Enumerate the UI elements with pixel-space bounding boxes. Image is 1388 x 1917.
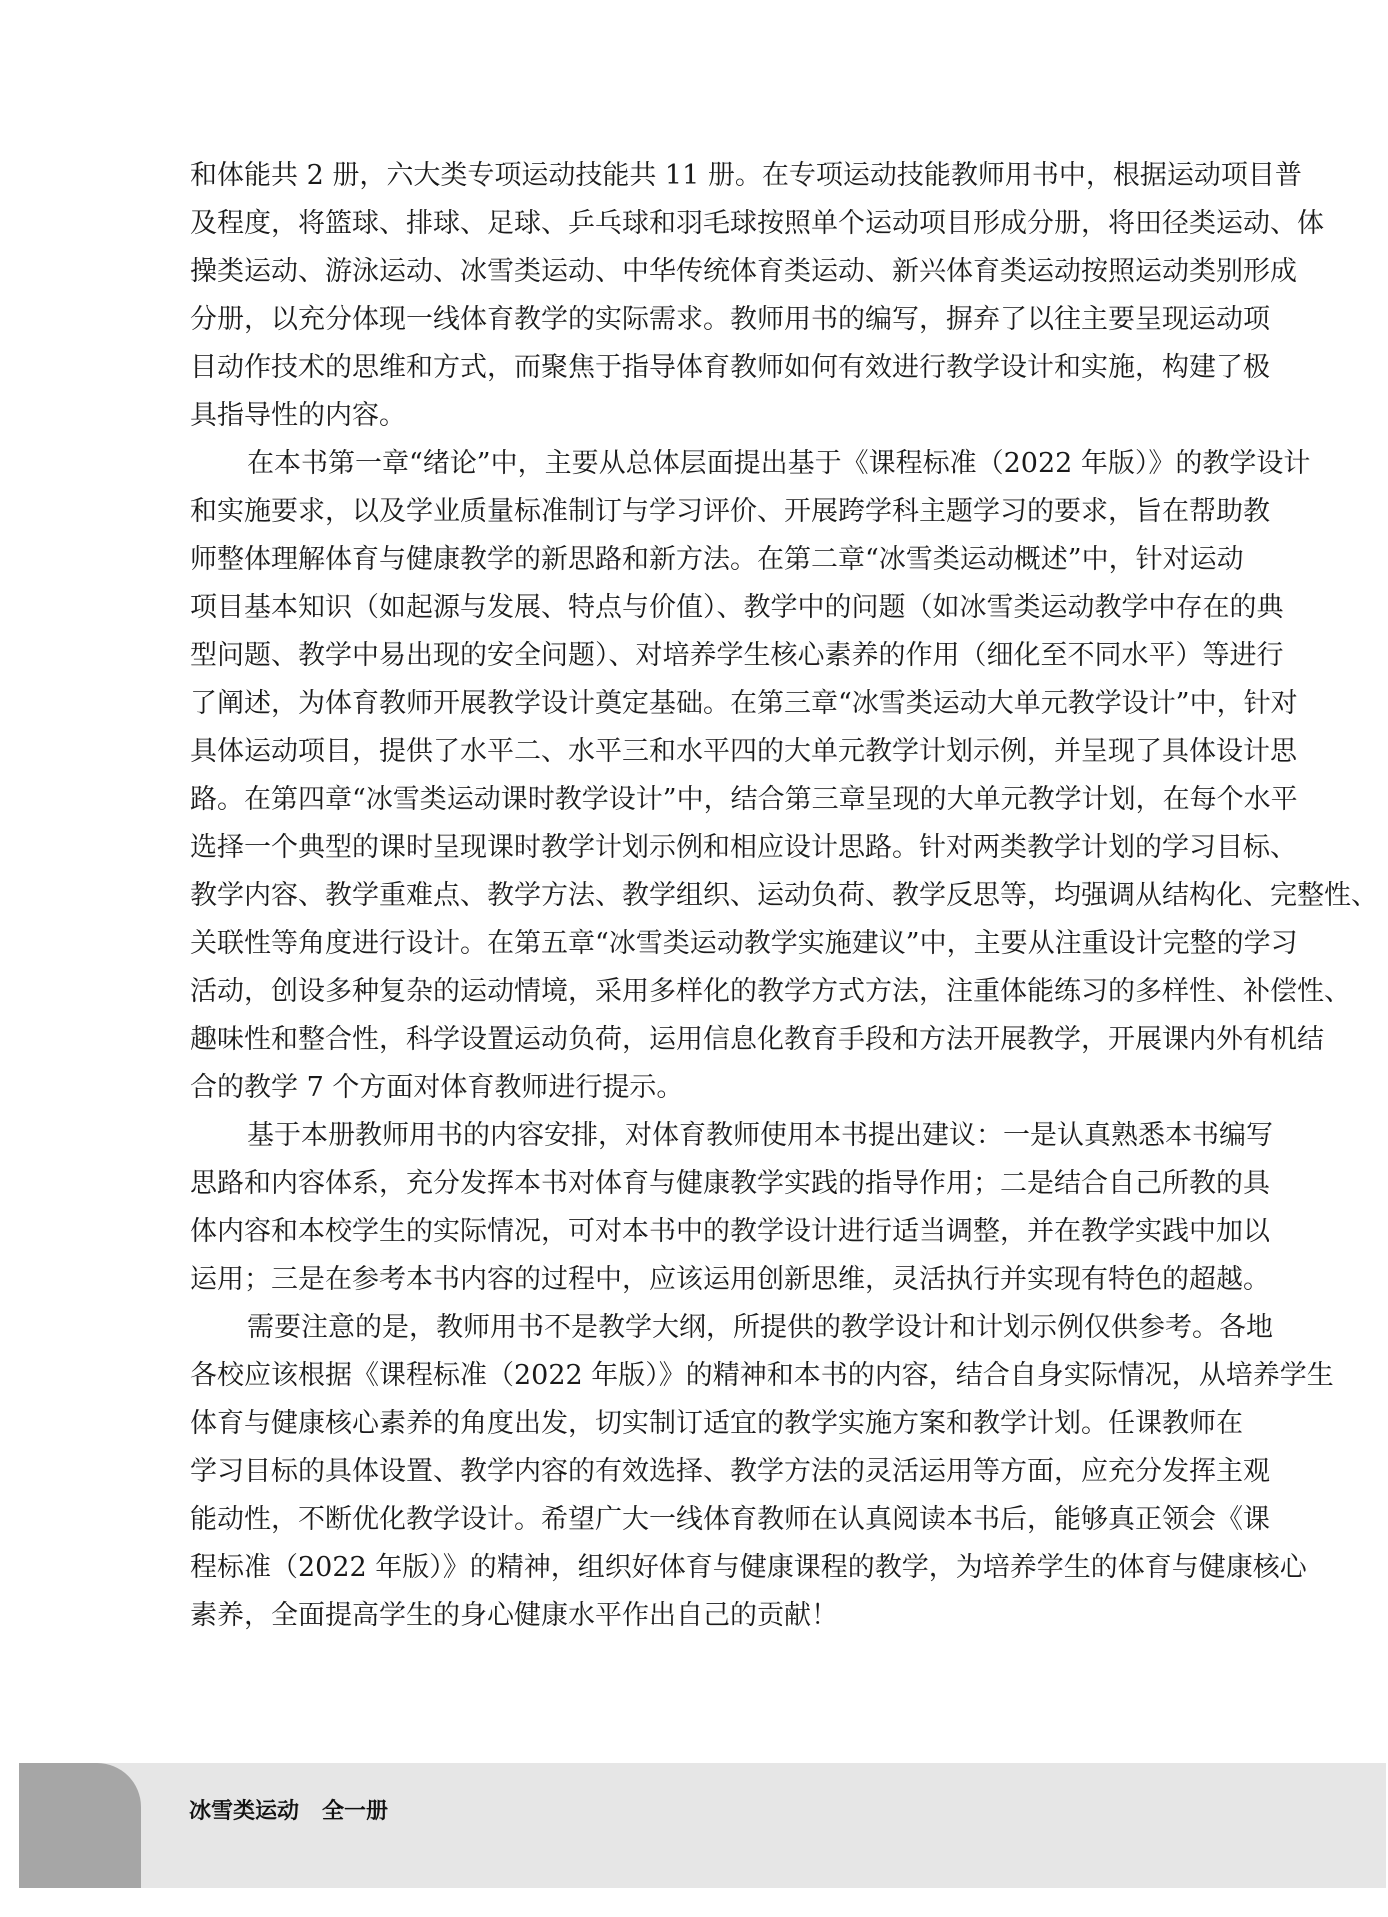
text-line: 体育与健康核心素养的角度出发，切实制订适宜的教学实施方案和教学计划。任课教师在 [190,1400,1219,1448]
text-line: 运用；三是在参考本书内容的过程中，应该运用创新思维，灵活执行并实现有特色的超越。 [190,1256,1219,1304]
text-line: 分册，以充分体现一线体育教学的实际需求。教师用书的编写，摒弃了以往主要呈现运动项 [190,296,1219,344]
text-line: 及程度，将篮球、排球、足球、乒乓球和羽毛球按照单个运动项目形成分册，将田径类运动… [190,200,1219,248]
text-line: 具指导性的内容。 [190,392,1219,440]
text-line: 和实施要求，以及学业质量标准制订与学习评价、开展跨学科主题学习的要求，旨在帮助教 [190,488,1219,536]
text-line: 具体运动项目，提供了水平二、水平三和水平四的大单元教学计划示例，并呈现了具体设计… [190,728,1219,776]
page-body: 和体能共 2 册，六大类专项运动技能共 11 册。在专项运动技能教师用书中，根据… [190,152,1219,1640]
text-line: 合的教学 7 个方面对体育教师进行提示。 [190,1064,1219,1112]
text-line: 趣味性和整合性，科学设置运动负荷，运用信息化教育手段和方法开展教学，开展课内外有… [190,1016,1219,1064]
paragraph-series-overview: 和体能共 2 册，六大类专项运动技能共 11 册。在专项运动技能教师用书中，根据… [190,152,1219,440]
text-line: 思路和内容体系，充分发挥本书对体育与健康教学实践的指导作用；二是结合自己所教的具 [190,1160,1219,1208]
text-line: 各校应该根据《课程标准（2022 年版）》的精神和本书的内容，结合自身实际情况，… [190,1352,1219,1400]
text-line: 选择一个典型的课时呈现课时教学计划示例和相应设计思路。针对两类教学计划的学习目标… [190,824,1219,872]
text-line: 教学内容、教学重难点、教学方法、教学组织、运动负荷、教学反思等，均强调从结构化、… [190,872,1219,920]
text-line: 操类运动、游泳运动、冰雪类运动、中华传统体育类运动、新兴体育类运动按照运动类别形… [190,248,1219,296]
text-line: 师整体理解体育与健康教学的新思路和新方法。在第二章“冰雪类运动概述”中，针对运动 [190,536,1219,584]
paragraph-chapter-summary: 在本书第一章“绪论”中，主要从总体层面提出基于《课程标准（2022 年版）》的教… [190,440,1219,1112]
text-line: 路。在第四章“冰雪类运动课时教学设计”中，结合第三章呈现的大单元教学计划，在每个… [190,776,1219,824]
text-line: 体内容和本校学生的实际情况，可对本书中的教学设计进行适当调整，并在教学实践中加以 [190,1208,1219,1256]
paragraph-usage-suggestions: 基于本册教师用书的内容安排，对体育教师使用本书提出建议：一是认真熟悉本书编写 思… [190,1112,1219,1304]
running-footer-title: 冰雪类运动 全一册 [189,1797,388,1827]
page-footer: 冰雪类运动 全一册 [19,1763,1386,1888]
text-line: 程标准（2022 年版）》的精神，组织好体育与健康课程的教学，为培养学生的体育与… [190,1544,1219,1592]
volume-label: 全一册 [322,1799,388,1824]
footer-tab-decoration [19,1763,141,1888]
text-line: 能动性，不断优化教学设计。希望广大一线体育教师在认真阅读本书后，能够真正领会《课 [190,1496,1219,1544]
text-line: 目动作技术的思维和方式，而聚焦于指导体育教师如何有效进行教学设计和实施，构建了极 [190,344,1219,392]
text-line: 和体能共 2 册，六大类专项运动技能共 11 册。在专项运动技能教师用书中，根据… [190,152,1219,200]
text-line: 了阐述，为体育教师开展教学设计奠定基础。在第三章“冰雪类运动大单元教学设计”中，… [190,680,1219,728]
text-line: 活动，创设多种复杂的运动情境，采用多样化的教学方式方法，注重体能练习的多样性、补… [190,968,1219,1016]
text-line: 学习目标的具体设置、教学内容的有效选择、教学方法的灵活运用等方面，应充分发挥主观 [190,1448,1219,1496]
text-line: 项目基本知识（如起源与发展、特点与价值）、教学中的问题（如冰雪类运动教学中存在的… [190,584,1219,632]
text-line: 需要注意的是，教师用书不是教学大纲，所提供的教学设计和计划示例仅供参考。各地 [190,1304,1219,1352]
book-title: 冰雪类运动 [189,1799,299,1824]
text-line: 基于本册教师用书的内容安排，对体育教师使用本书提出建议：一是认真熟悉本书编写 [190,1112,1219,1160]
paragraph-notes: 需要注意的是，教师用书不是教学大纲，所提供的教学设计和计划示例仅供参考。各地 各… [190,1304,1219,1640]
text-line: 素养，全面提高学生的身心健康水平作出自己的贡献！ [190,1592,1219,1640]
text-line: 型问题、教学中易出现的安全问题）、对培养学生核心素养的作用（细化至不同水平）等进… [190,632,1219,680]
text-line: 在本书第一章“绪论”中，主要从总体层面提出基于《课程标准（2022 年版）》的教… [190,440,1219,488]
text-line: 关联性等角度进行设计。在第五章“冰雪类运动教学实施建议”中，主要从注重设计完整的… [190,920,1219,968]
